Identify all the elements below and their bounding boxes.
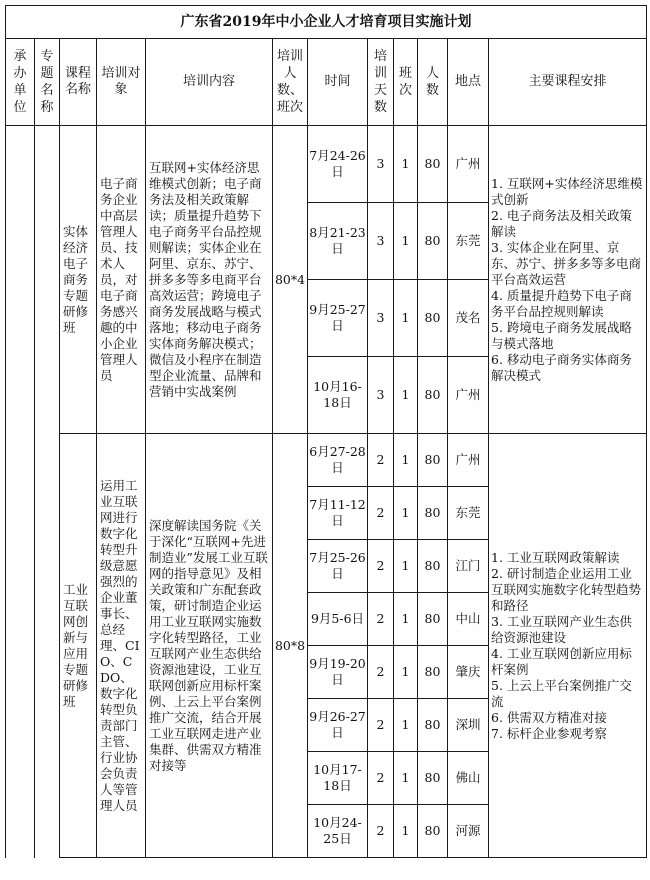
days-cell: 2 <box>368 487 394 540</box>
organizer-cell <box>6 126 35 858</box>
time-cell: 8月21-23日 <box>308 203 368 280</box>
schedule-item: 1. 工业互联网政策解读 <box>491 550 644 566</box>
table-row: 实体经济电子商务专题研修班 电子商务企业中高层管理人员、技术人员，对电子商务感兴… <box>6 126 647 203</box>
header-people: 人数 <box>418 39 448 126</box>
days-cell: 2 <box>368 646 394 699</box>
schedule-item: 4. 工业互联网创新应用标杆案例 <box>491 646 644 678</box>
days-cell: 3 <box>368 126 394 203</box>
people-cell: 80 <box>418 593 448 646</box>
people-cell: 80 <box>418 203 448 280</box>
schedule-item: 2. 研讨制造企业运用工业互联网实施数字化转型趋势和路径 <box>491 566 644 614</box>
classes-cell: 1 <box>394 646 418 699</box>
header-organizer: 承办单位 <box>6 39 35 126</box>
location-cell: 广州 <box>448 434 489 487</box>
time-cell: 9月25-27日 <box>308 280 368 357</box>
location-cell: 佛山 <box>448 752 489 805</box>
time-cell: 9月5-6日 <box>308 593 368 646</box>
time-cell: 10月17-18日 <box>308 752 368 805</box>
people-cell: 80 <box>418 126 448 203</box>
schedule-item: 7. 标杆企业参观考察 <box>491 726 644 742</box>
header-days: 培训天数 <box>368 39 394 126</box>
course-name-cell: 工业互联网创新与应用专题研修班 <box>60 434 97 858</box>
topic-cell <box>35 126 60 858</box>
classes-cell: 1 <box>394 752 418 805</box>
table-title: 广东省2019年中小企业人才培育项目实施计划 <box>6 6 647 39</box>
schedule-item: 1. 互联网+实体经济思维模式创新 <box>491 176 644 208</box>
days-cell: 2 <box>368 699 394 752</box>
classes-cell: 1 <box>394 126 418 203</box>
course-name-cell: 实体经济电子商务专题研修班 <box>60 126 97 434</box>
header-classes: 班次 <box>394 39 418 126</box>
header-audience: 培训对象 <box>97 39 146 126</box>
people-cell: 80 <box>418 357 448 434</box>
time-cell: 6月27-28日 <box>308 434 368 487</box>
days-cell: 2 <box>368 593 394 646</box>
headcount-classes-cell: 80*4 <box>273 126 308 434</box>
schedule-item: 5. 上云上平台案例推广交流 <box>491 678 644 710</box>
location-cell: 东莞 <box>448 487 489 540</box>
headcount-classes-cell: 80*8 <box>273 434 308 858</box>
time-cell: 9月19-20日 <box>308 646 368 699</box>
location-cell: 河源 <box>448 805 489 858</box>
days-cell: 3 <box>368 357 394 434</box>
schedule-item: 6. 移动电子商务实体商务解决模式 <box>491 352 644 384</box>
table-row: 工业互联网创新与应用专题研修班 运用工业互联网进行数字化转型升级意愿强烈的企业董… <box>6 434 647 487</box>
classes-cell: 1 <box>394 357 418 434</box>
location-cell: 中山 <box>448 593 489 646</box>
time-cell: 10月24-25日 <box>308 805 368 858</box>
people-cell: 80 <box>418 540 448 593</box>
classes-cell: 1 <box>394 434 418 487</box>
people-cell: 80 <box>418 752 448 805</box>
people-cell: 80 <box>418 805 448 858</box>
location-cell: 广州 <box>448 357 489 434</box>
header-content: 培训内容 <box>146 39 273 126</box>
days-cell: 2 <box>368 434 394 487</box>
location-cell: 江门 <box>448 540 489 593</box>
classes-cell: 1 <box>394 280 418 357</box>
days-cell: 3 <box>368 280 394 357</box>
content-cell: 深度解读国务院《关于深化“互联网+先进制造业”发展工业互联网的指导意见》及相关政… <box>146 434 273 858</box>
classes-cell: 1 <box>394 203 418 280</box>
time-cell: 10月16-18日 <box>308 357 368 434</box>
people-cell: 80 <box>418 434 448 487</box>
schedule-item: 5. 跨境电子商务发展战略与模式落地 <box>491 320 644 352</box>
header-topic: 专题名称 <box>35 39 60 126</box>
schedule-cell: 1. 互联网+实体经济思维模式创新 2. 电子商务法及相关政策解读 3. 实体企… <box>489 126 647 434</box>
schedule-item: 3. 实体企业在阿里、京东、苏宁、拼多多等多电商平台高效运营 <box>491 240 644 288</box>
days-cell: 2 <box>368 540 394 593</box>
header-schedule: 主要课程安排 <box>489 39 647 126</box>
time-cell: 9月26-27日 <box>308 699 368 752</box>
header-course-name: 课程名称 <box>60 39 97 126</box>
schedule-cell: 1. 工业互联网政策解读 2. 研讨制造企业运用工业互联网实施数字化转型趋势和路… <box>489 434 647 858</box>
days-cell: 3 <box>368 203 394 280</box>
time-cell: 7月25-26日 <box>308 540 368 593</box>
time-cell: 7月24-26日 <box>308 126 368 203</box>
schedule-item: 6. 供需双方精准对接 <box>491 710 644 726</box>
audience-cell: 电子商务企业中高层管理人员、技术人员，对电子商务感兴趣的中小企业管理人员 <box>97 126 146 434</box>
training-plan-table: 广东省2019年中小企业人才培育项目实施计划 承办单位 专题名称 课程名称 培训… <box>5 5 647 858</box>
time-cell: 7月11-12日 <box>308 487 368 540</box>
classes-cell: 1 <box>394 699 418 752</box>
schedule-item: 3. 工业互联网产业生态供给资源池建设 <box>491 614 644 646</box>
audience-cell: 运用工业互联网进行数字化转型升级意愿强烈的企业董事长、总经理、CIO、CDO、数… <box>97 434 146 858</box>
schedule-item: 4. 质量提升趋势下电子商务平台品控规则解读 <box>491 288 644 320</box>
location-cell: 东莞 <box>448 203 489 280</box>
classes-cell: 1 <box>394 805 418 858</box>
people-cell: 80 <box>418 487 448 540</box>
header-row: 承办单位 专题名称 课程名称 培训对象 培训内容 培训人数、班次 时间 培训天数… <box>6 39 647 126</box>
location-cell: 广州 <box>448 126 489 203</box>
people-cell: 80 <box>418 646 448 699</box>
classes-cell: 1 <box>394 487 418 540</box>
header-headcount-classes: 培训人数、班次 <box>273 39 308 126</box>
days-cell: 2 <box>368 752 394 805</box>
people-cell: 80 <box>418 699 448 752</box>
schedule-item: 2. 电子商务法及相关政策解读 <box>491 208 644 240</box>
location-cell: 肇庆 <box>448 646 489 699</box>
header-time: 时间 <box>308 39 368 126</box>
classes-cell: 1 <box>394 593 418 646</box>
classes-cell: 1 <box>394 540 418 593</box>
days-cell: 2 <box>368 805 394 858</box>
people-cell: 80 <box>418 280 448 357</box>
content-cell: 互联网+实体经济思维模式创新；电子商务法及相关政策解读；质量提升趋势下电子商务平… <box>146 126 273 434</box>
location-cell: 深圳 <box>448 699 489 752</box>
location-cell: 茂名 <box>448 280 489 357</box>
header-location: 地点 <box>448 39 489 126</box>
